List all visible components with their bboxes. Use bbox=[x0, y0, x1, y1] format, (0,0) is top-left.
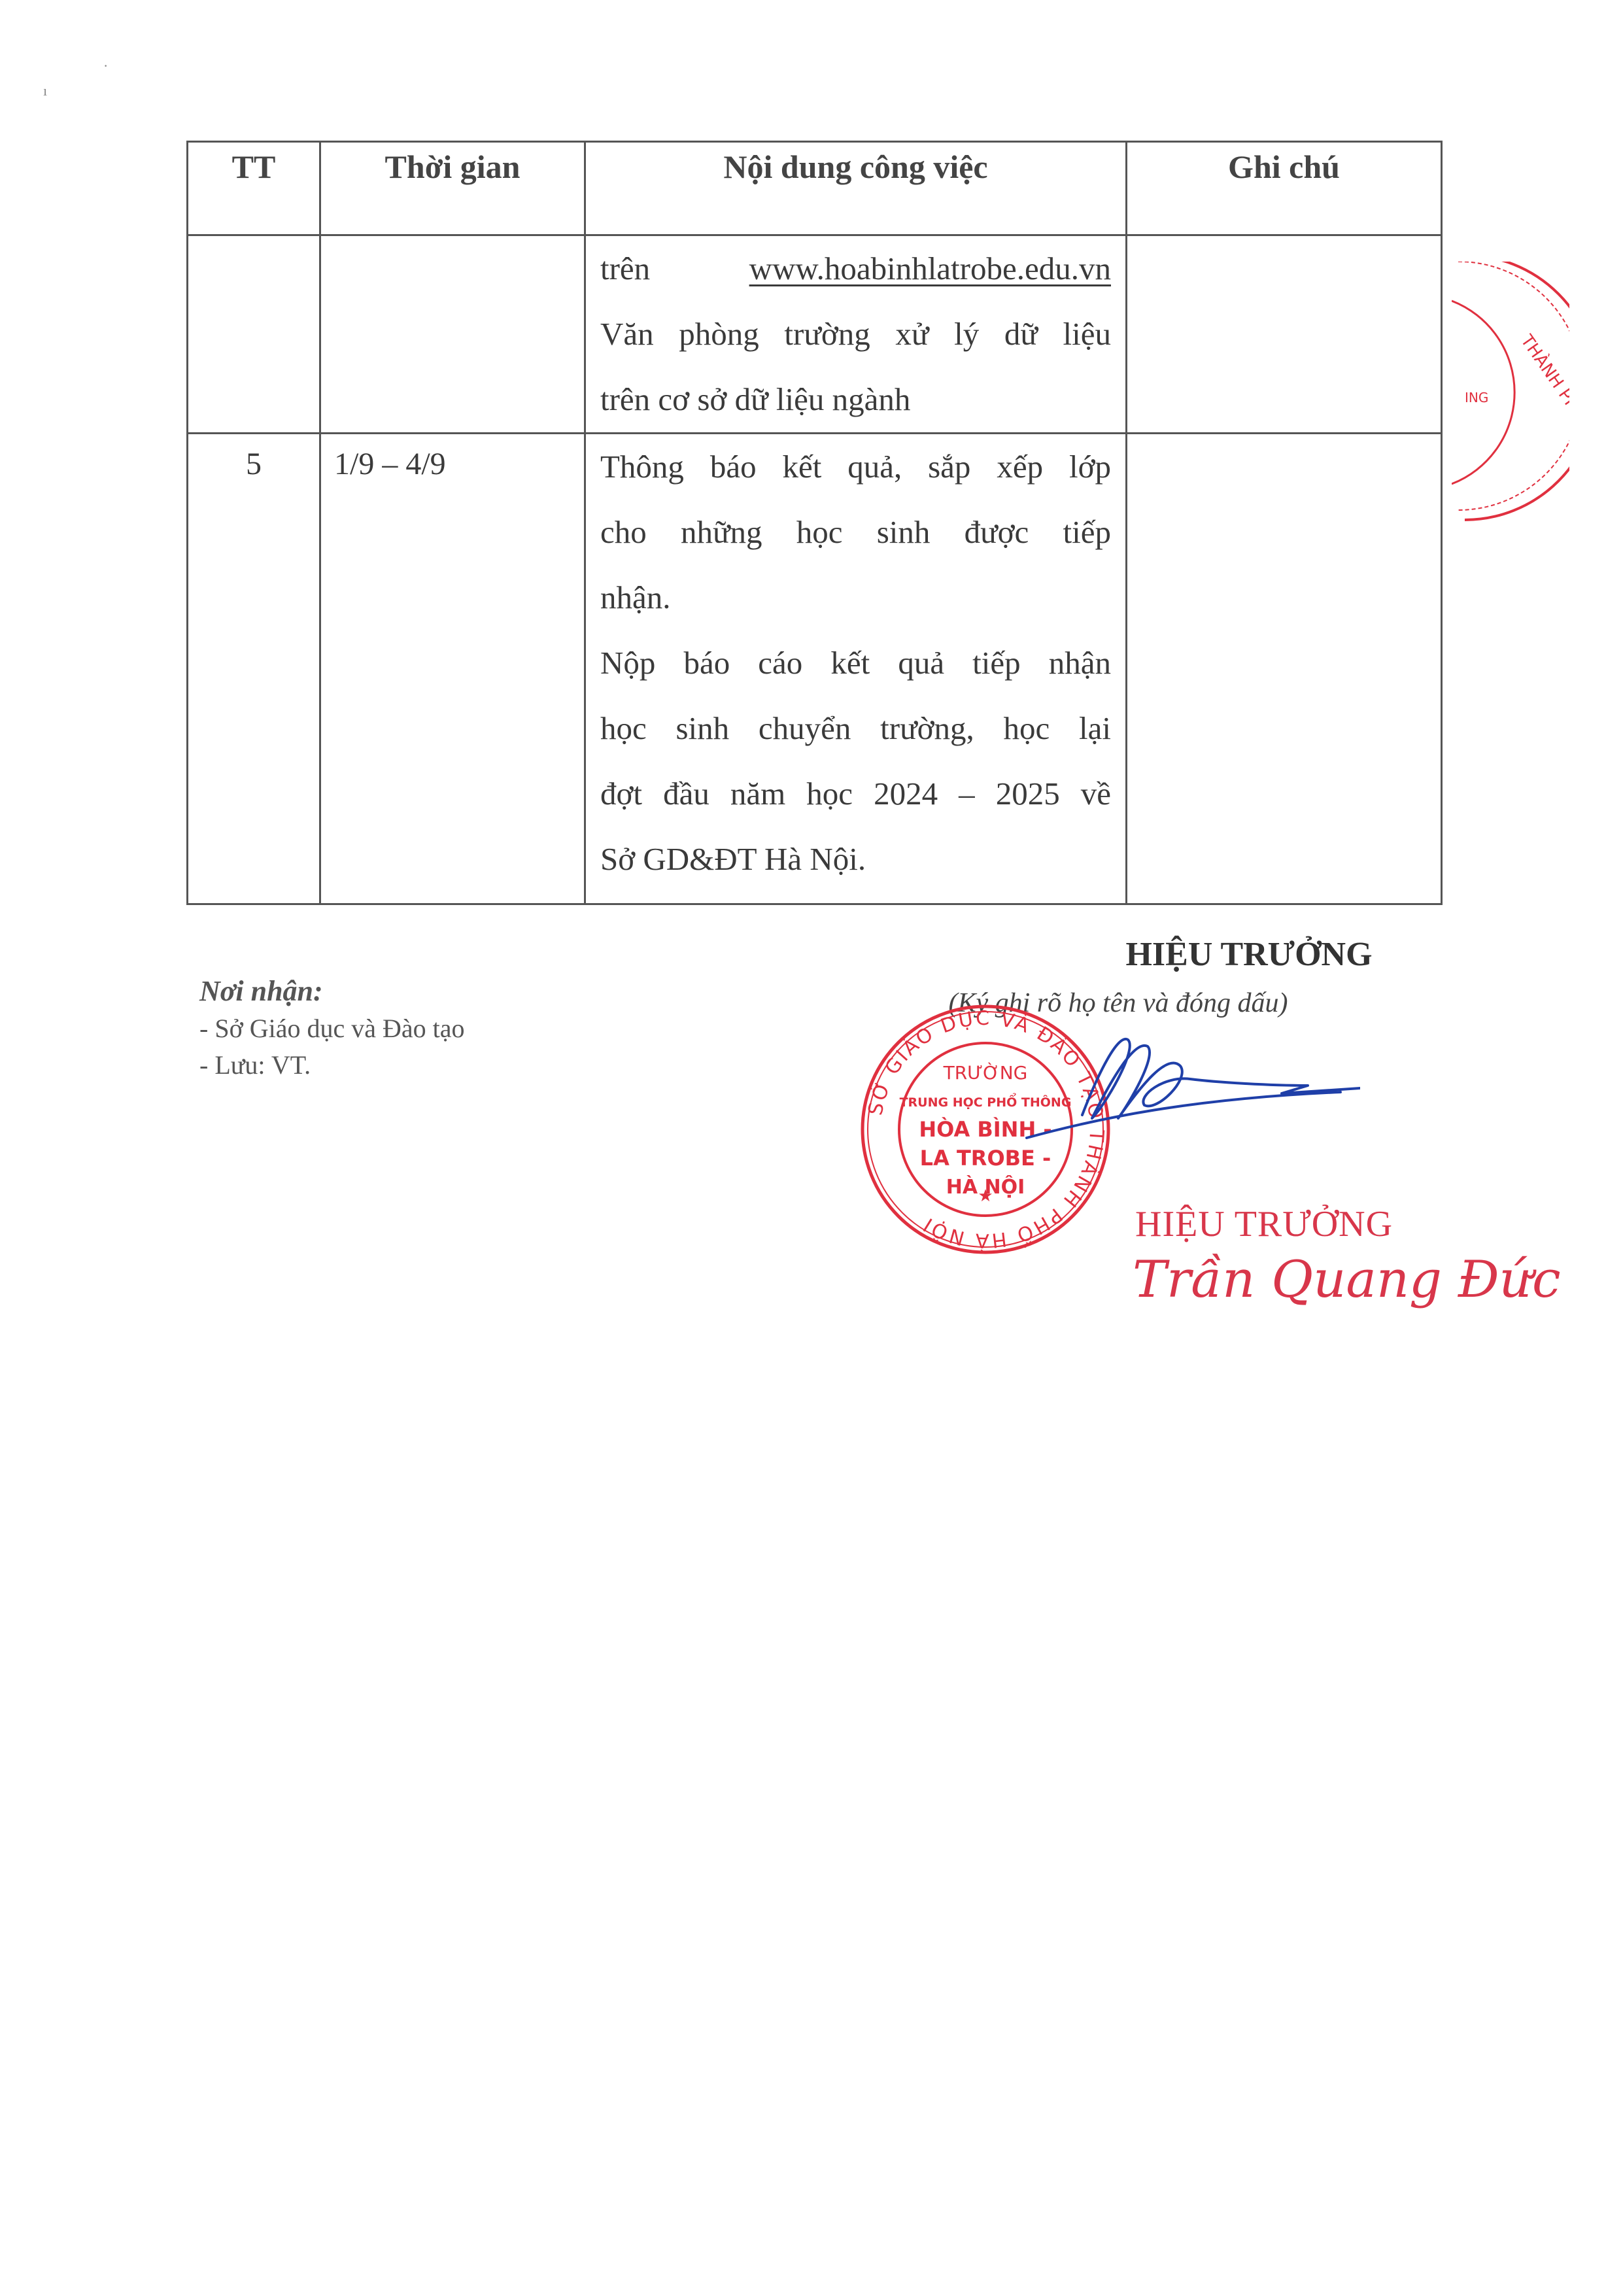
svg-text:TRƯỜNG: TRƯỜNG bbox=[943, 1061, 1028, 1084]
svg-text:THÀNH PHỐ HÀ: THÀNH PHỐ HÀ bbox=[1516, 329, 1569, 451]
cell-time: 1/9 – 4/9 bbox=[320, 434, 585, 904]
table-row: 5 1/9 – 4/9 Thông báo kết quả, sắp xếp l… bbox=[188, 434, 1442, 904]
handwritten-signature bbox=[1020, 1020, 1360, 1177]
header-content: Nội dung công việc bbox=[585, 142, 1127, 235]
header-time: Thời gian bbox=[320, 142, 585, 235]
recipients-block: Nơi nhận: - Sở Giáo dục và Đào tạo - Lưu… bbox=[199, 974, 465, 1084]
svg-text:HÀ NỘI: HÀ NỘI bbox=[946, 1174, 1025, 1199]
content-line: học sinh chuyển trường, học lại bbox=[600, 696, 1111, 761]
recipient-item: - Sở Giáo dục và Đào tạo bbox=[199, 1010, 465, 1047]
cell-tt bbox=[188, 235, 320, 434]
content-line: Sở GD&ĐT Hà Nội. bbox=[600, 827, 1111, 892]
website-link[interactable]: www.hoabinhlatrobe.edu.vn bbox=[749, 250, 1111, 286]
cell-time bbox=[320, 235, 585, 434]
cell-note bbox=[1127, 235, 1442, 434]
content-line: trên cơ sở dữ liệu ngành bbox=[600, 367, 1111, 432]
signatory-name: Trần Quang Đức bbox=[1133, 1250, 1561, 1309]
recipients-title: Nơi nhận: bbox=[199, 974, 465, 1008]
table-row: trên www.hoabinhlatrobe.edu.vn Văn phòng… bbox=[188, 235, 1442, 434]
cell-content: Thông báo kết quả, sắp xếp lớp cho những… bbox=[585, 434, 1127, 904]
cell-note bbox=[1127, 434, 1442, 904]
scan-speck: · bbox=[103, 58, 108, 75]
content-line: Văn phòng trường xử lý dữ liệu bbox=[600, 301, 1111, 367]
content-line: Thông báo kết quả, sắp xếp lớp bbox=[600, 434, 1111, 500]
recipient-item: - Lưu: VT. bbox=[199, 1047, 465, 1084]
header-note: Ghi chú bbox=[1127, 142, 1442, 235]
content-line: nhận. bbox=[600, 565, 1111, 630]
content-line: Nộp báo cáo kết quả tiếp nhận bbox=[600, 630, 1111, 696]
content-prefix: trên bbox=[600, 250, 749, 286]
header-tt: TT bbox=[188, 142, 320, 235]
scan-speck: ı bbox=[43, 82, 47, 99]
partial-seal-icon: THÀNH PHỐ HÀ ING bbox=[1452, 262, 1569, 523]
cell-content: trên www.hoabinhlatrobe.edu.vn Văn phòng… bbox=[585, 235, 1127, 434]
schedule-table: TT Thời gian Nội dung công việc Ghi chú … bbox=[186, 141, 1443, 905]
content-line: trên www.hoabinhlatrobe.edu.vn bbox=[600, 236, 1111, 301]
stamp-title: HIỆU TRƯỞNG bbox=[1135, 1203, 1393, 1245]
table-header-row: TT Thời gian Nội dung công việc Ghi chú bbox=[188, 142, 1442, 235]
cell-tt: 5 bbox=[188, 434, 320, 904]
signatory-title: HIỆU TRƯỞNG bbox=[961, 935, 1537, 974]
content-line: đợt đầu năm học 2024 – 2025 về bbox=[600, 761, 1111, 827]
svg-text:ING: ING bbox=[1465, 390, 1488, 405]
content-line: cho những học sinh được tiếp bbox=[600, 500, 1111, 565]
